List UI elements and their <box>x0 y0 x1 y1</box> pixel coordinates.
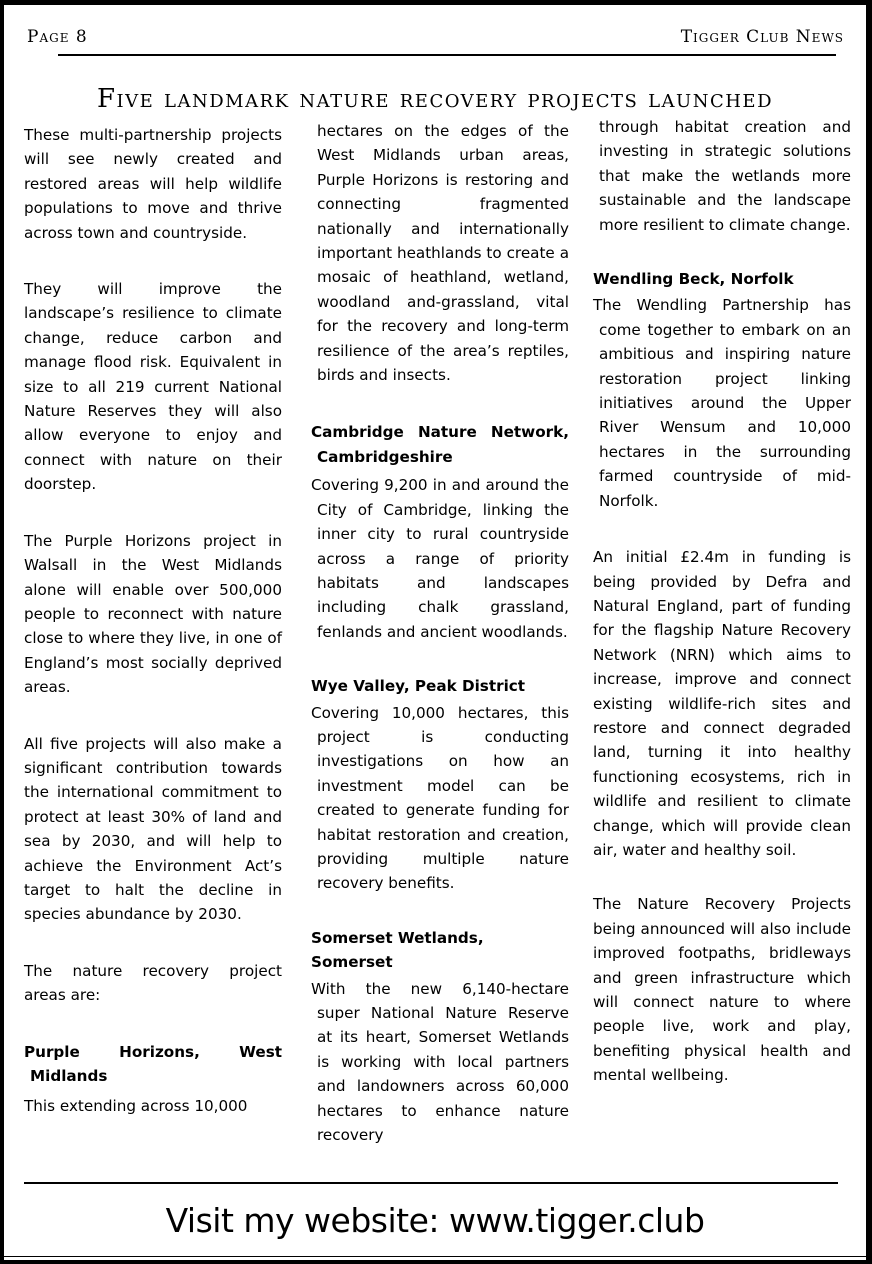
paragraph-project-areas-intro: The nature recovery project areas are: <box>24 959 282 1008</box>
bottom-border-line <box>4 1256 866 1257</box>
footer-website-promo: Visit my website: www.tigger.club <box>4 1201 866 1240</box>
subheading-somerset: Somerset Wetlands, Somerset <box>311 926 569 975</box>
paragraph-cambridge: Covering 9,200 in and around the City of… <box>311 473 569 644</box>
subheading-wye-valley: Wye Valley, Peak District <box>311 674 569 698</box>
paragraph-somerset-start: With the new 6,140-hectare super Nationa… <box>311 977 569 1148</box>
newsletter-name: Tigger Club News <box>681 27 844 47</box>
header-divider <box>58 54 836 56</box>
subheading-purple-horizons: Purple Horizons, West Midlands <box>24 1040 282 1089</box>
newsletter-page: Page 8 Tigger Club News Five landmark na… <box>0 0 872 1264</box>
article-column-2: hectares on the edges of the West Midlan… <box>311 119 569 1147</box>
paragraph-resilience: They will improve the landscape’s resili… <box>24 277 282 497</box>
paragraph-purple-horizons-start: This extending across 10,000 <box>24 1094 282 1118</box>
paragraph-purple-horizons-walsall: The Purple Horizons project in Walsall i… <box>24 529 282 700</box>
article-column-3: through habitat creation and investing i… <box>593 115 851 1088</box>
paragraph-intro: These multi-partnership projects will se… <box>24 123 282 245</box>
page-number: Page 8 <box>27 27 88 47</box>
paragraph-funding: An initial £2.4m in funding is being pro… <box>593 545 851 862</box>
paragraph-wendling-beck: The Wendling Partnership has come togeth… <box>593 293 851 513</box>
paragraph-purple-horizons-cont: hectares on the edges of the West Midlan… <box>311 119 569 387</box>
paragraph-somerset-cont: through habitat creation and investing i… <box>593 115 851 237</box>
paragraph-wye-valley: Covering 10,000 hectares, this project i… <box>311 701 569 896</box>
paragraph-contribution: All five projects will also make a signi… <box>24 732 282 927</box>
footer-divider <box>24 1182 838 1184</box>
article-column-1: These multi-partnership projects will se… <box>24 123 282 1119</box>
page-header: Page 8 Tigger Club News <box>27 25 844 51</box>
article-title: Five landmark nature recovery projects l… <box>4 84 866 114</box>
subheading-wendling-beck: Wendling Beck, Norfolk <box>593 267 851 291</box>
paragraph-closing: The Nature Recovery Projects being annou… <box>593 892 851 1087</box>
subheading-cambridge: Cambridge Nature Network, Cambridgeshire <box>311 420 569 469</box>
website-link[interactable]: Visit my website: www.tigger.club <box>166 1201 705 1240</box>
